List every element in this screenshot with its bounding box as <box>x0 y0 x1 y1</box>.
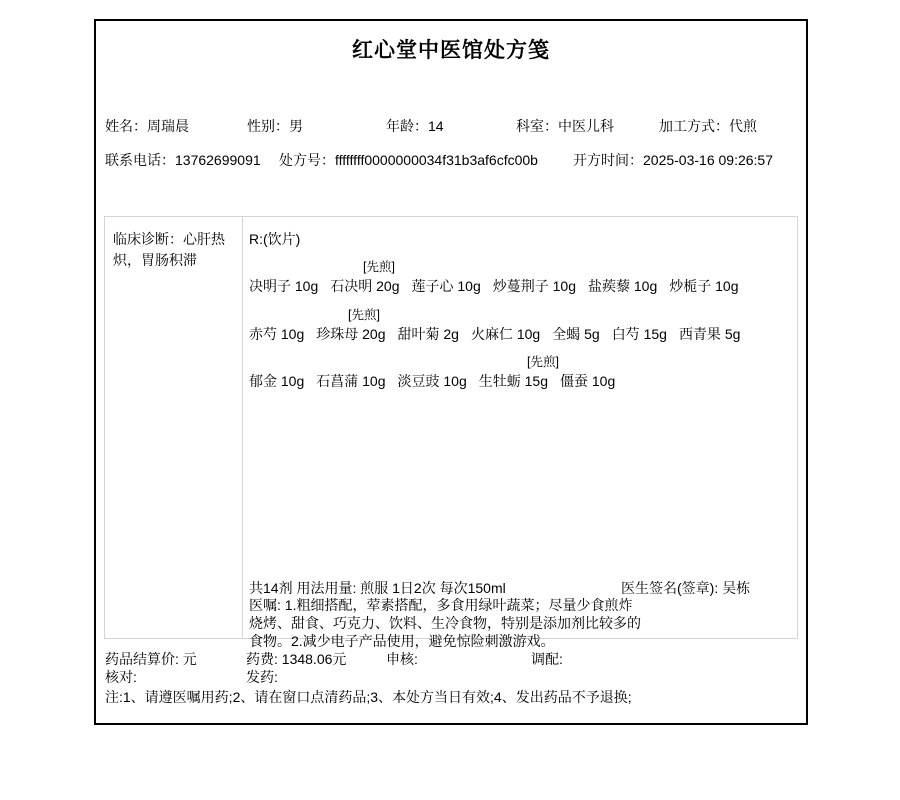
medicine-item: 炒栀子 10g <box>669 278 738 294</box>
medicine-item: 珍珠母 20g <box>316 326 385 342</box>
medicine-item: 炒蔓荆子 10g <box>493 278 576 294</box>
medicine-item: 僵蚕 10g <box>560 373 615 389</box>
issue-label: 发药: <box>246 667 278 687</box>
medicine-line: 赤芍 10g珍珠母 20g甜叶菊 2g火麻仁 10g全蝎 5g白芍 15g西青果… <box>249 324 740 344</box>
decoct-first-tag: [先煎] <box>363 257 739 276</box>
medicine-item: 西青果 5g <box>679 326 740 342</box>
decoct-first-tag: [先煎] <box>348 305 740 324</box>
prescription-sheet: 红心堂中医馆处方笺 姓名：周瑞晨 性别：男 年龄：14 科室：中医儿科 加工方式… <box>94 19 808 725</box>
processing-method: 加工方式：代煎 <box>659 116 757 136</box>
prescription-box: 临床诊断：心肝热炽，胃肠积滞 R:(饮片) [先煎]决明子 10g石决明 20g… <box>104 216 798 639</box>
usage-instructions: 共14剂 用法用量: 煎服 1日2次 每次150ml <box>249 578 506 598</box>
medicine-item: 盐蒺藜 10g <box>588 278 657 294</box>
medical-advice: 医嘱: 1.粗细搭配，荤素搭配，多食用绿叶蔬菜；尽量少食煎炸烧烤、甜食、巧克力、… <box>249 596 643 650</box>
patient-age: 年龄：14 <box>386 116 444 136</box>
column-divider <box>242 217 243 638</box>
medicine-item: 淡豆豉 10g <box>398 373 467 389</box>
medicine-item: 白芍 15g <box>612 326 667 342</box>
prescription-page: 红心堂中医馆处方笺 姓名：周瑞晨 性别：男 年龄：14 科室：中医儿科 加工方式… <box>0 0 900 800</box>
dispense-label: 调配: <box>531 649 563 669</box>
review-label: 申核: <box>386 649 418 669</box>
medicine-group: [先煎]赤芍 10g珍珠母 20g甜叶菊 2g火麻仁 10g全蝎 5g白芍 15… <box>249 305 740 344</box>
medicine-item: 石菖蒲 10g <box>316 373 385 389</box>
check-label: 核对: <box>105 667 137 687</box>
contact-phone: 联系电话：13762699091 <box>105 150 261 170</box>
rx-header: R:(饮片) <box>249 229 300 249</box>
medicine-item: 郁金 10g <box>249 373 304 389</box>
medicine-item: 生牡蛎 15g <box>479 373 548 389</box>
medicine-item: 赤芍 10g <box>249 326 304 342</box>
medicine-item: 火麻仁 10g <box>471 326 540 342</box>
medicine-line: 决明子 10g石决明 20g莲子心 10g炒蔓荆子 10g盐蒺藜 10g炒栀子 … <box>249 276 739 296</box>
page-title: 红心堂中医馆处方笺 <box>96 34 806 64</box>
medicine-item: 莲子心 10g <box>412 278 481 294</box>
medicine-item: 石决明 20g <box>330 278 399 294</box>
medicine-line: 郁金 10g石菖蒲 10g淡豆豉 10g生牡蛎 15g僵蚕 10g <box>249 371 615 391</box>
clinical-diagnosis: 临床诊断：心肝热炽，胃肠积滞 <box>113 229 235 271</box>
decoct-first-tag: [先煎] <box>527 352 615 371</box>
drug-fee: 药费: 1348.06元 <box>246 649 346 669</box>
footer-note: 注:1、请遵医嘱用药;2、请在窗口点清药品;3、本处方当日有效;4、发出药品不予… <box>105 687 632 707</box>
patient-name: 姓名：周瑞晨 <box>105 116 189 136</box>
medicine-group: [先煎]郁金 10g石菖蒲 10g淡豆豉 10g生牡蛎 15g僵蚕 10g <box>249 352 615 391</box>
prescription-time: 开方时间：2025-03-16 09:26:57 <box>573 150 773 170</box>
doctor-signature: 医生签名(签章): 吴栋 <box>621 578 750 598</box>
medicine-item: 全蝎 5g <box>552 326 599 342</box>
medicine-item: 甜叶菊 2g <box>398 326 459 342</box>
medicine-group: [先煎]决明子 10g石决明 20g莲子心 10g炒蔓荆子 10g盐蒺藜 10g… <box>249 257 739 296</box>
patient-gender: 性别：男 <box>247 116 303 136</box>
medicine-item: 决明子 10g <box>249 278 318 294</box>
department: 科室：中医儿科 <box>516 116 614 136</box>
settle-price-label: 药品结算价: 元 <box>105 649 197 669</box>
prescription-number: 处方号：ffffffff0000000034f31b3af6cfc00b <box>279 150 538 170</box>
